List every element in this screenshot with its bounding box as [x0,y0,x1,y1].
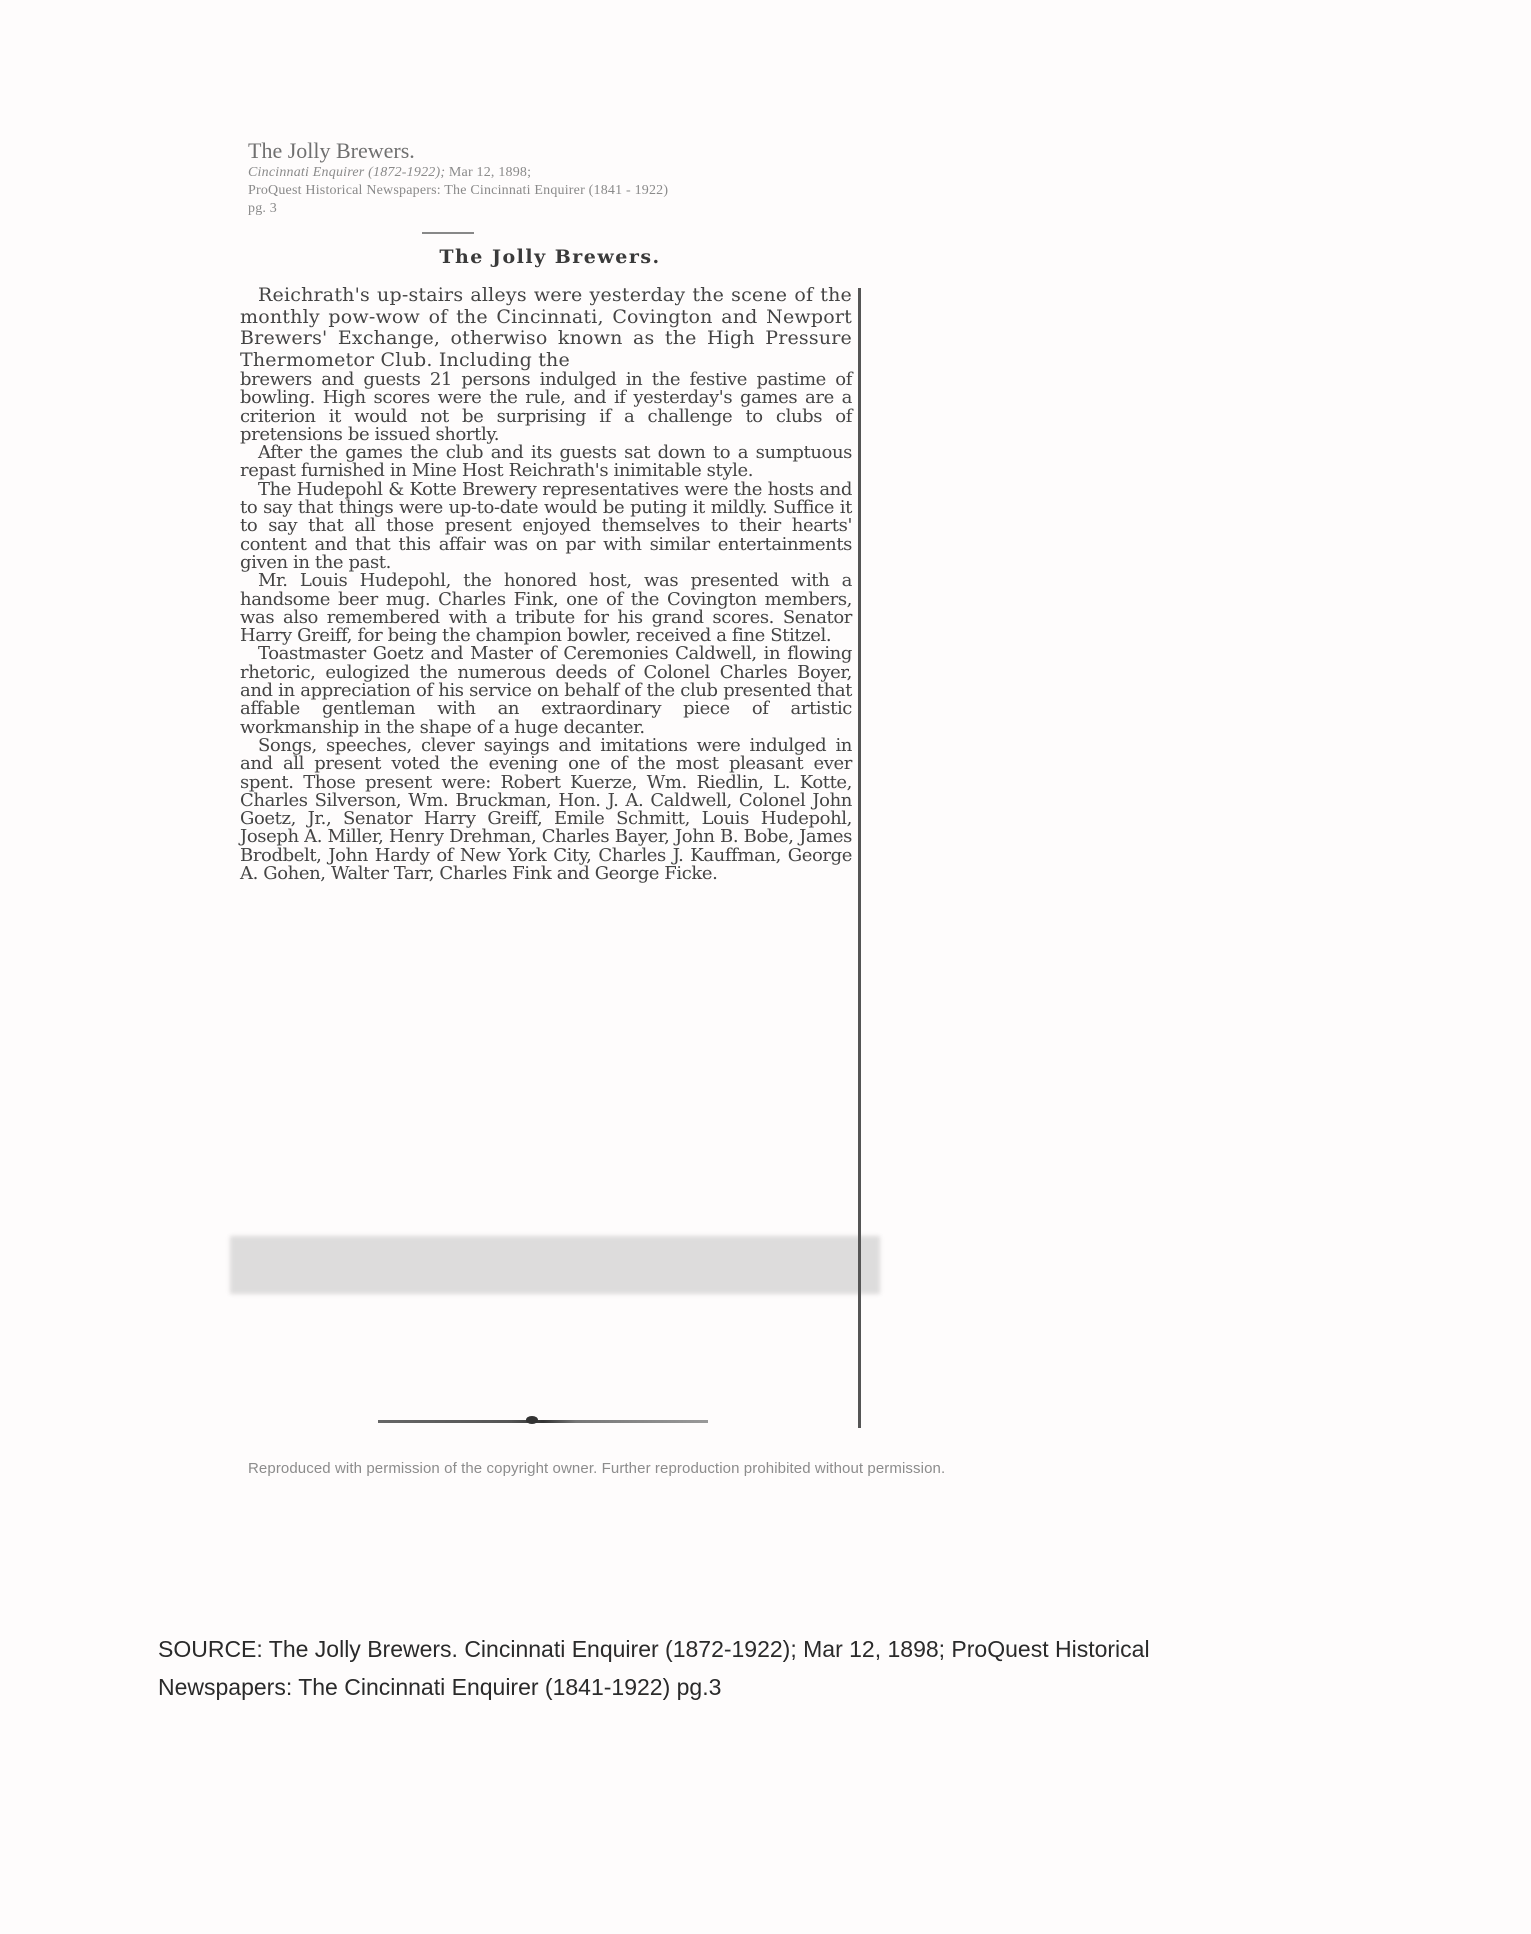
rule-ornament-icon [526,1416,538,1424]
copyright-notice: Reproduced with permission of the copyri… [248,1460,1398,1477]
article-end-rule [378,1420,708,1423]
source-note: SOURCE: The Jolly Brewers. Cincinnati En… [158,1630,1358,1706]
citation-title: The Jolly Brewers. [248,138,1008,164]
headline-divider [422,232,474,234]
article-paragraph: The Hudepohl & Kotte Brewery representat… [240,481,852,572]
scan-highlight-band [230,1236,880,1294]
article-paragraph: brewers and guests 21 persons indulged i… [240,371,852,444]
article-paragraph: Mr. Louis Hudepohl, the honored host, wa… [240,572,852,645]
citation-page: pg. 3 [248,200,1008,218]
article-paragraph: Toastmaster Goetz and Master of Ceremoni… [240,645,852,736]
source-line-2: Newspapers: The Cincinnati Enquirer (184… [158,1668,1358,1706]
article-body: Reichrath's up-stairs alleys were yester… [240,285,852,883]
article-paragraph: Songs, speeches, clever sayings and imit… [240,737,852,883]
citation-publication: Cincinnati Enquirer (1872-1922); [248,165,445,180]
citation-header: The Jolly Brewers. Cincinnati Enquirer (… [248,138,1008,218]
source-line-1: SOURCE: The Jolly Brewers. Cincinnati En… [158,1630,1358,1668]
article-paragraph: After the games the club and its guests … [240,444,852,481]
citation-publication-line: Cincinnati Enquirer (1872-1922); Mar 12,… [248,164,1008,182]
article-paragraph: Reichrath's up-stairs alleys were yester… [240,285,852,371]
citation-date: Mar 12, 1898; [445,165,531,180]
column-border [858,288,861,1428]
article-headline: The Jolly Brewers. [240,246,860,268]
citation-database: ProQuest Historical Newspapers: The Cinc… [248,182,1008,200]
